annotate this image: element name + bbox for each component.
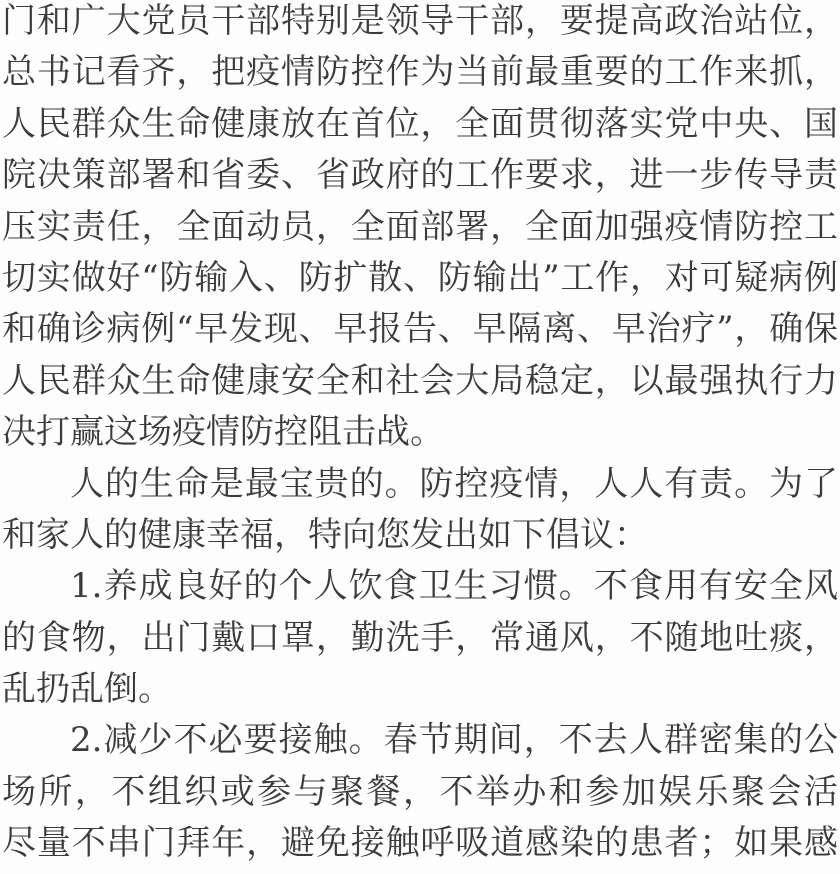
text-line: 院决策部署和省委、省政府的工作要求，进一步传导责任、 bbox=[2, 150, 838, 201]
text-line: 2.减少不必要接触。春节期间，不去人群密集的公共 bbox=[2, 715, 838, 766]
text-line: 和确诊病例“早发现、早报告、早隔离、早治疗”，确保 bbox=[2, 304, 838, 355]
text-line: 人民群众生命健康放在首位，全面贯彻落实党中央、国务 bbox=[2, 99, 838, 150]
paragraph-3-numbered-item-1: 1.养成良好的个人饮食卫生习惯。不食用有安全风险 的食物，出门戴口罩，勤洗手，常… bbox=[2, 561, 838, 715]
paragraph-2: 人的生命是最宝贵的。防控疫情，人人有责。为了您 和家人的健康幸福，特向您发出如下… bbox=[2, 459, 838, 562]
text-line: 决打赢这场疫情防控阻击战。 bbox=[2, 407, 838, 458]
paragraph-4-numbered-item-2: 2.减少不必要接触。春节期间，不去人群密集的公共 场所，不组织或参与聚餐，不举办… bbox=[2, 715, 838, 869]
text-line: 人民群众生命健康安全和社会大局稳定，以最强执行力坚 bbox=[2, 356, 838, 407]
text-line: 和家人的健康幸福，特向您发出如下倡议： bbox=[2, 510, 838, 561]
text-line: 1.养成良好的个人饮食卫生习惯。不食用有安全风险 bbox=[2, 561, 838, 612]
text-line: 总书记看齐，把疫情防控作为当前最重要的工作来抓，把 bbox=[2, 47, 838, 98]
document-text: 门和广大党员干部特别是领导干部，要提高政治站位，向 总书记看齐，把疫情防控作为当… bbox=[2, 0, 838, 870]
document-page: 门和广大党员干部特别是领导干部，要提高政治站位，向 总书记看齐，把疫情防控作为当… bbox=[0, 0, 840, 874]
text-line: 人的生命是最宝贵的。防控疫情，人人有责。为了您 bbox=[2, 459, 838, 510]
paragraph-1: 门和广大党员干部特别是领导干部，要提高政治站位，向 总书记看齐，把疫情防控作为当… bbox=[2, 0, 838, 459]
text-line: 场所，不组织或参与聚餐，不举办和参加娱乐聚会活动， bbox=[2, 767, 838, 818]
text-line: 压实责任，全面动员，全面部署，全面加强疫情防控工作， bbox=[2, 202, 838, 253]
text-line: 乱扔乱倒。 bbox=[2, 664, 838, 715]
text-line: 尽量不串门拜年，避免接触呼吸道感染的患者；如果感觉 bbox=[2, 818, 838, 869]
text-line: 的食物，出门戴口罩，勤洗手，常通风，不随地吐痰，不 bbox=[2, 613, 838, 664]
text-line: 切实做好“防输入、防扩散、防输出”工作，对可疑病例 bbox=[2, 253, 838, 304]
text-line: 门和广大党员干部特别是领导干部，要提高政治站位，向 bbox=[2, 0, 838, 47]
